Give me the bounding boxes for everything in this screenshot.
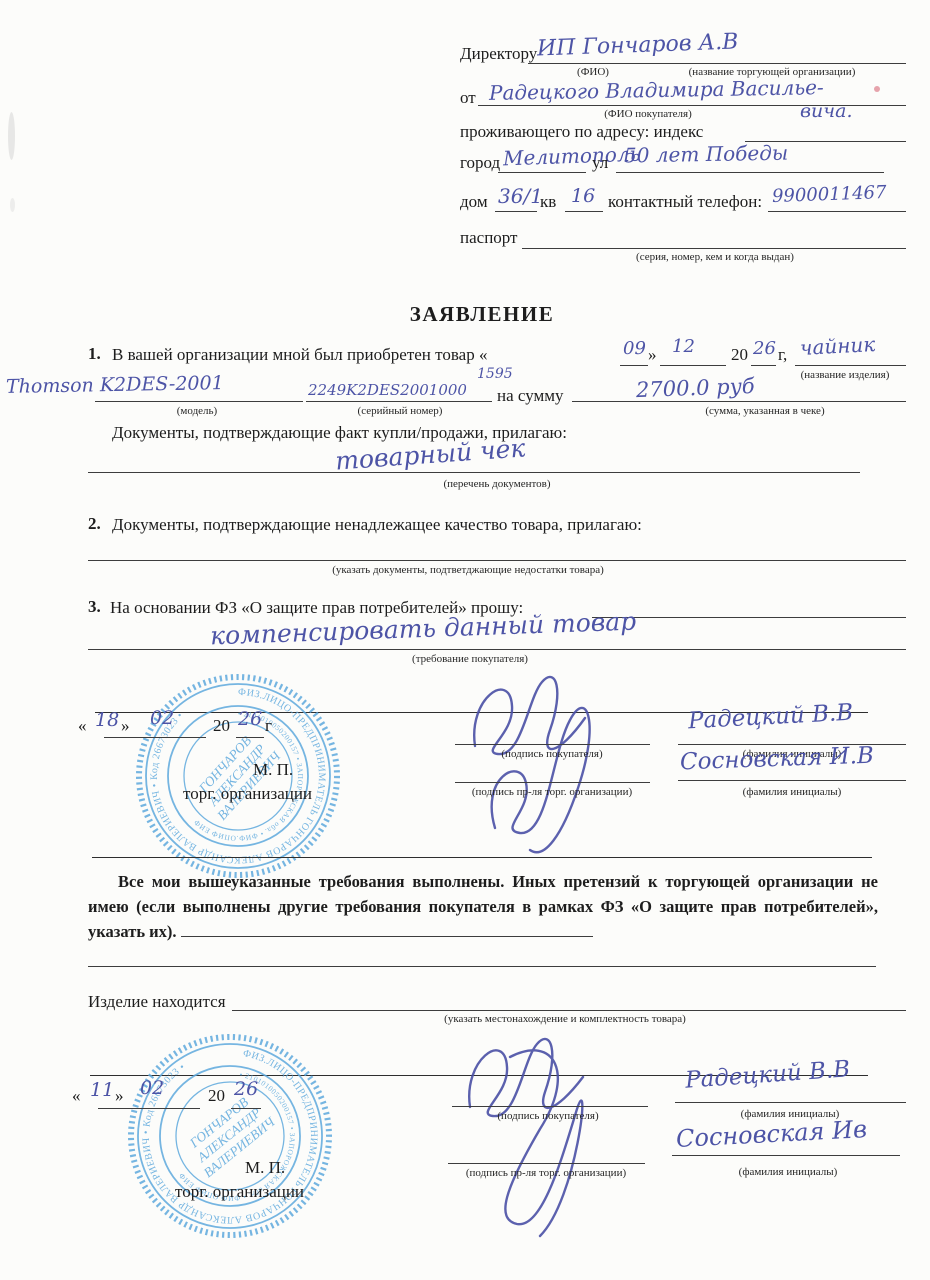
sig1-buyer-sign-underline xyxy=(455,744,650,745)
pink-dot xyxy=(874,86,880,92)
sig1-year-underline xyxy=(236,737,264,738)
sum-hint: (сумма, указанная в чеке) xyxy=(705,405,824,417)
sum-value: 2700.0 руб xyxy=(636,374,755,402)
apt-label: кв xyxy=(540,192,556,212)
house-label: дом xyxy=(460,192,488,212)
from-label: от xyxy=(460,88,476,108)
sig2-buyer-sign-underline xyxy=(452,1106,648,1107)
round-stamp: ФИЗ.ЛИЦО-ПРЕДПРИНИМАТЕЛЬ ГОНЧАРОВ АЛЕКСА… xyxy=(109,1015,352,1258)
address-label: проживающего по адресу: индекс xyxy=(460,122,703,142)
sig2-org-label: торг. организации xyxy=(175,1182,304,1202)
sig2-seller-sign-hint: (подпись пр-ля торг. организации) xyxy=(466,1167,626,1179)
docs-hint: (перечень документов) xyxy=(444,478,551,490)
sig1-seller-name: Сосновская И.В xyxy=(680,743,875,776)
section2-underline xyxy=(88,560,906,561)
item-location-label: Изделие находится xyxy=(88,992,226,1012)
buyer-and-seller-signatures xyxy=(440,668,675,863)
director-value: ИП Гончаров А.В xyxy=(537,29,739,61)
section1-number: 1. xyxy=(88,344,101,364)
street-value: 50 лет Победы xyxy=(624,141,789,168)
scan-smudge xyxy=(10,198,15,212)
buyer-fio-value-cont: вича. xyxy=(800,100,852,122)
sig1-year: 26 xyxy=(238,708,262,730)
sig1-mp-label: М. П. xyxy=(253,760,293,780)
house-underline xyxy=(495,211,537,212)
scanned-claim-form: Директору ИП Гончаров А.В (ФИО) (названи… xyxy=(0,0,930,1280)
sig1-org-label: торг. организации xyxy=(183,784,312,804)
house-value: 36/1 xyxy=(498,184,543,208)
scan-smudge xyxy=(8,112,15,160)
sig2-day: 11 xyxy=(90,1079,114,1101)
sig2-fam-hint-b: (фамилия инициалы) xyxy=(739,1166,838,1178)
phone-label: контактный телефон: xyxy=(608,192,762,212)
sig2-year-prefix: 20 xyxy=(208,1086,225,1106)
sig1-quote-open: « xyxy=(78,716,87,736)
passport-label: паспорт xyxy=(460,228,518,248)
sig1-buyer-name: Радецкий В.В xyxy=(687,700,853,735)
section3-underline-a xyxy=(592,617,906,618)
serial-hint: (серийный номер) xyxy=(358,405,443,417)
purchase-year: 26 xyxy=(753,338,776,359)
buyer-fio-value: Радецкого Владимира Василье- xyxy=(489,75,824,105)
sig1-seller-name-underline xyxy=(678,780,906,781)
year-prefix: 20 xyxy=(731,345,748,365)
phone-underline xyxy=(768,211,906,212)
sig2-year: 26 xyxy=(234,1078,258,1100)
year-underline xyxy=(751,365,776,366)
confirmation-blank-inline xyxy=(181,922,593,937)
sig2-date-underline xyxy=(98,1108,200,1109)
sum-label: на сумму xyxy=(497,386,564,406)
passport-hint: (серия, номер, кем и когда выдан) xyxy=(636,251,794,263)
sig2-year-underline xyxy=(231,1108,261,1109)
sig2-month: 02 xyxy=(140,1077,164,1099)
model-value: Thomson K2DES-2001 xyxy=(6,372,224,398)
sig1-date-underline xyxy=(104,737,206,738)
city-value: Мелитополь xyxy=(503,142,641,171)
model-hint: (модель) xyxy=(177,405,217,417)
sig1-buyer-sign-hint: (подпись покупателя) xyxy=(501,748,602,760)
page-title: ЗАЯВЛЕНИЕ xyxy=(410,302,554,327)
purchase-day: 09 xyxy=(623,338,646,359)
city-label: город xyxy=(460,153,500,173)
serial-underline xyxy=(306,401,492,402)
product-underline xyxy=(795,365,906,366)
round-stamp: ФИЗ.ЛИЦО-ПРЕДПРИНИМАТЕЛЬ ГОНЧАРОВ АЛЕКСА… xyxy=(132,670,344,882)
sig1-year-suffix: г xyxy=(265,716,272,736)
sig1-quote-close: » xyxy=(121,716,130,736)
sig1-year-prefix: 20 xyxy=(213,716,230,736)
sig1-seller-sign-hint: (подпись пр-ля торг. организации) xyxy=(472,786,632,798)
confirmation-paragraph: Все мои вышеуказанные требования выполне… xyxy=(88,870,878,944)
sig2-quote-close: » xyxy=(115,1086,124,1106)
passport-underline xyxy=(522,248,906,249)
year-suffix: г, xyxy=(778,345,787,365)
sig2-mp-label: М. П. xyxy=(245,1158,285,1178)
section1-intro: В вашей организации мной был приобретен … xyxy=(112,345,487,365)
sig1-seller-sign-underline xyxy=(455,782,650,783)
sig2-seller-name: Сосновская Ив xyxy=(675,1115,867,1153)
director-label: Директору xyxy=(460,44,537,64)
sig1-fam-hint-b: (фамилия инициалы) xyxy=(743,786,842,798)
sig2-seller-sign-underline xyxy=(448,1163,645,1164)
section3-number: 3. xyxy=(88,597,101,617)
sum-underline xyxy=(572,401,906,402)
section-divider xyxy=(92,857,872,858)
sig2-quote-open: « xyxy=(72,1086,81,1106)
apt-underline xyxy=(565,211,603,212)
sig2-buyer-sign-hint: (подпись покупателя) xyxy=(497,1110,598,1122)
section2-number: 2. xyxy=(88,514,101,534)
day-underline xyxy=(620,365,648,366)
item-location-underline xyxy=(232,1010,906,1011)
section2-text: Документы, подтверждающие ненадлежащее к… xyxy=(112,515,642,535)
sig1-month: 02 xyxy=(150,707,174,729)
product-value: чайник xyxy=(799,332,875,360)
phone-value: 9900011467 xyxy=(772,182,887,207)
street-underline xyxy=(616,172,884,173)
apt-value: 16 xyxy=(571,185,595,207)
sig2-seller-name-underline xyxy=(672,1155,900,1156)
product-hint: (название изделия) xyxy=(801,369,890,381)
quote-close: » xyxy=(648,345,657,365)
buyer-and-seller-signatures xyxy=(425,1022,690,1242)
confirmation-blank-line xyxy=(88,966,876,967)
fio-hint: (ФИО) xyxy=(577,66,609,78)
director-underline xyxy=(528,63,906,64)
serial-value: 2249K2DES2001000 xyxy=(308,381,467,399)
sig1-day: 18 xyxy=(95,709,119,731)
street-label: ул xyxy=(592,153,608,173)
sig2-buyer-name: Радецкий В.В xyxy=(684,1056,851,1093)
model-underline xyxy=(95,401,303,402)
section2-hint: (указать документы, подтветджающие недос… xyxy=(332,564,604,576)
docs-underline xyxy=(88,472,860,473)
buyer-fio-hint: (ФИО покупателя) xyxy=(604,108,691,120)
purchase-month: 12 xyxy=(672,336,695,357)
sig2-buyer-name-underline xyxy=(675,1102,906,1103)
month-underline xyxy=(660,365,726,366)
section3-hint: (требование покупателя) xyxy=(412,653,528,665)
section3-underline-b xyxy=(88,649,906,650)
serial-extra: 1595 xyxy=(477,366,513,382)
city-underline xyxy=(498,172,586,173)
